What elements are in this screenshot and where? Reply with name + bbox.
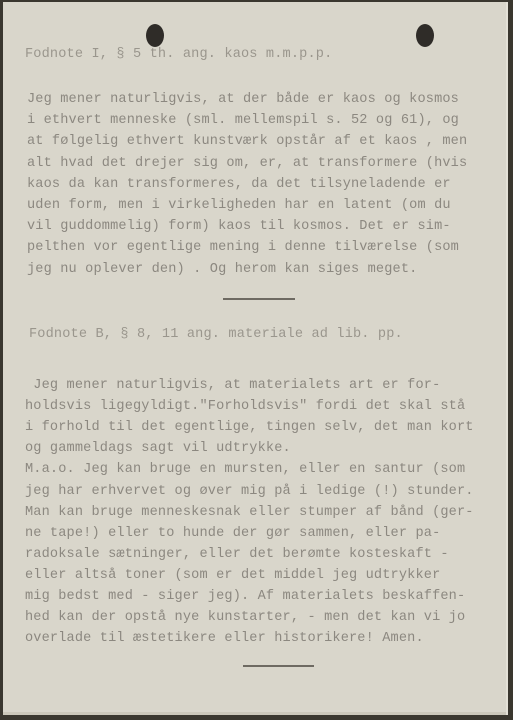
text-line: at følgelig ethvert kunstværk opstår af … bbox=[27, 134, 467, 149]
text-line: jeg har erhvervet og øver mig på i ledig… bbox=[25, 484, 474, 499]
text-line: jeg nu oplever den) . Og herom kan siges… bbox=[27, 262, 417, 277]
text-line: mig bedst med - siger jeg). Af materiale… bbox=[25, 589, 465, 604]
text-line: Jeg mener naturligvis, at der både er ka… bbox=[27, 92, 459, 107]
text-line: Jeg mener naturligvis, at materialets ar… bbox=[25, 378, 440, 393]
typewritten-page: Fodnote I, § 5 th. ang. kaos m.m.p.p. Je… bbox=[3, 2, 508, 715]
text-line: overlade til æstetikere eller historiker… bbox=[25, 631, 424, 646]
text-line: holdsvis ligegyldigt."Forholdsvis" fordi… bbox=[25, 399, 465, 414]
footnote-2-heading: Fodnote B, § 8, 11 ang. materiale ad lib… bbox=[29, 327, 403, 342]
text-line: i forhold til det egentlige, tingen selv… bbox=[25, 420, 474, 435]
text-line: vil guddommelig) form) kaos til kosmos. … bbox=[27, 219, 451, 234]
text-line: og gammeldags sagt vil udtrykke. bbox=[25, 441, 291, 456]
punch-hole-left bbox=[146, 24, 164, 47]
text-line: pelthen vor egentlige mening i denne til… bbox=[27, 240, 459, 255]
text-line: ne tape!) eller to hunde der gør sammen,… bbox=[25, 526, 440, 541]
text-line: eller altså toner (som er det middel jeg… bbox=[25, 568, 440, 583]
punch-hole-right bbox=[416, 24, 434, 47]
text-line: alt hvad det drejer sig om, er, at trans… bbox=[27, 156, 467, 171]
text-line: hed kan der opstå nye kunstarter, - men … bbox=[25, 610, 465, 625]
text-line: radoksale sætninger, eller det berømte k… bbox=[25, 547, 449, 562]
text-line: i ethvert menneske (sml. mellemspil s. 5… bbox=[27, 113, 459, 128]
text-line: kaos da kan transformeres, da det tilsyn… bbox=[27, 177, 451, 192]
section-divider bbox=[223, 298, 295, 300]
text-line: uden form, men i virkeligheden har en la… bbox=[27, 198, 451, 213]
text-line: M.a.o. Jeg kan bruge en mursten, eller e… bbox=[25, 462, 465, 477]
text-line: Man kan bruge menneskesnak eller stumper… bbox=[25, 505, 474, 520]
section-divider-end bbox=[243, 665, 314, 667]
footnote-1-heading: Fodnote I, § 5 th. ang. kaos m.m.p.p. bbox=[25, 47, 332, 62]
